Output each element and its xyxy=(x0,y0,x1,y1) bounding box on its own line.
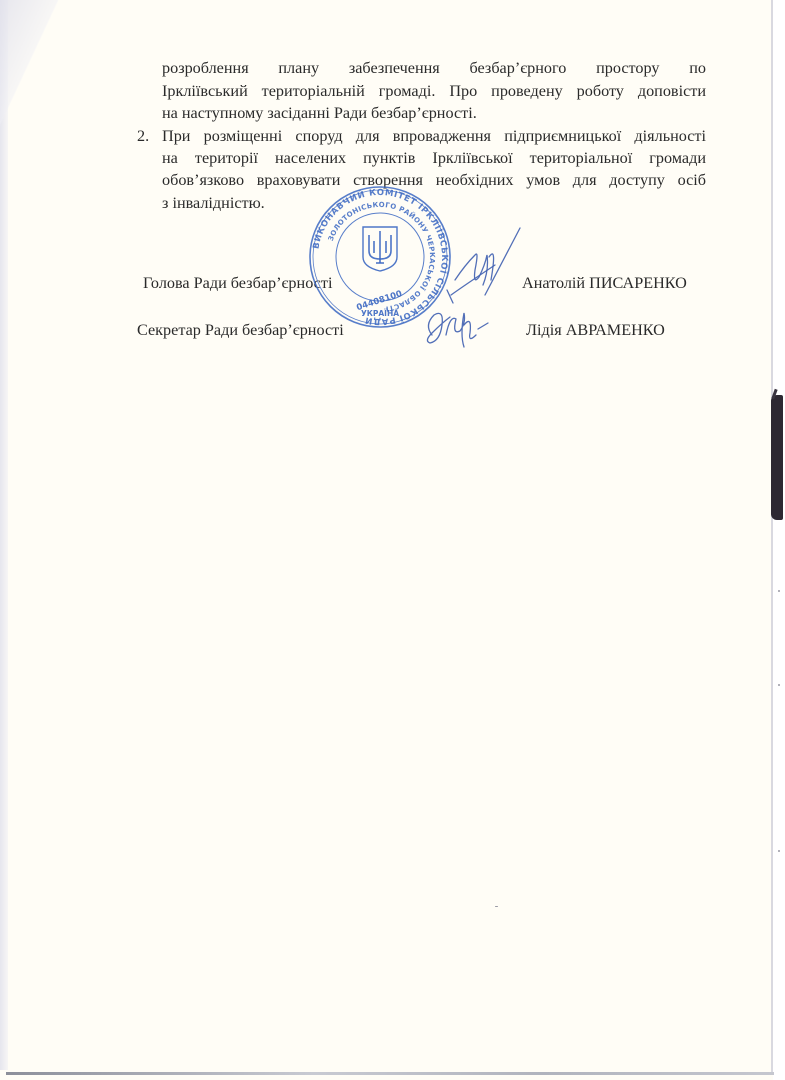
paragraph-1-line-1: розроблення плану забезпечення безбар’єр… xyxy=(162,58,706,78)
document-page: розроблення плану забезпечення безбар’єр… xyxy=(0,0,785,1080)
list-item-number: 2. xyxy=(137,126,149,146)
paragraph-1-line-2: Ірклiївський територіальній громаді. Про… xyxy=(162,81,706,101)
signatory-name-chair: Анатолій ПИСАРЕНКО xyxy=(522,273,687,293)
signature-chair-icon xyxy=(445,225,525,310)
signature-secretary-icon xyxy=(420,305,500,355)
item-2-line-1: При розміщенні споруд для впровадження п… xyxy=(162,126,706,146)
scan-margin-right xyxy=(773,0,785,1080)
item-2-line-4: з інвалідністю. xyxy=(162,193,265,213)
scan-edge-bottom xyxy=(6,1072,774,1075)
signatory-name-secretary: Лідія АВРАМЕНКО xyxy=(526,320,665,340)
scan-speck xyxy=(495,906,498,907)
scan-speck xyxy=(778,590,780,592)
item-2-line-2: на території населених пунктів Ірклiївсь… xyxy=(162,148,706,168)
binder-clip-shadow xyxy=(771,395,783,520)
scan-speck xyxy=(778,850,780,852)
paragraph-1-line-3: на наступному засіданні Ради безбар’єрно… xyxy=(162,103,477,123)
scan-fold-shadow xyxy=(0,0,60,180)
scan-speck xyxy=(778,684,780,686)
svg-text:УКРАЇНА: УКРАЇНА xyxy=(361,309,399,318)
